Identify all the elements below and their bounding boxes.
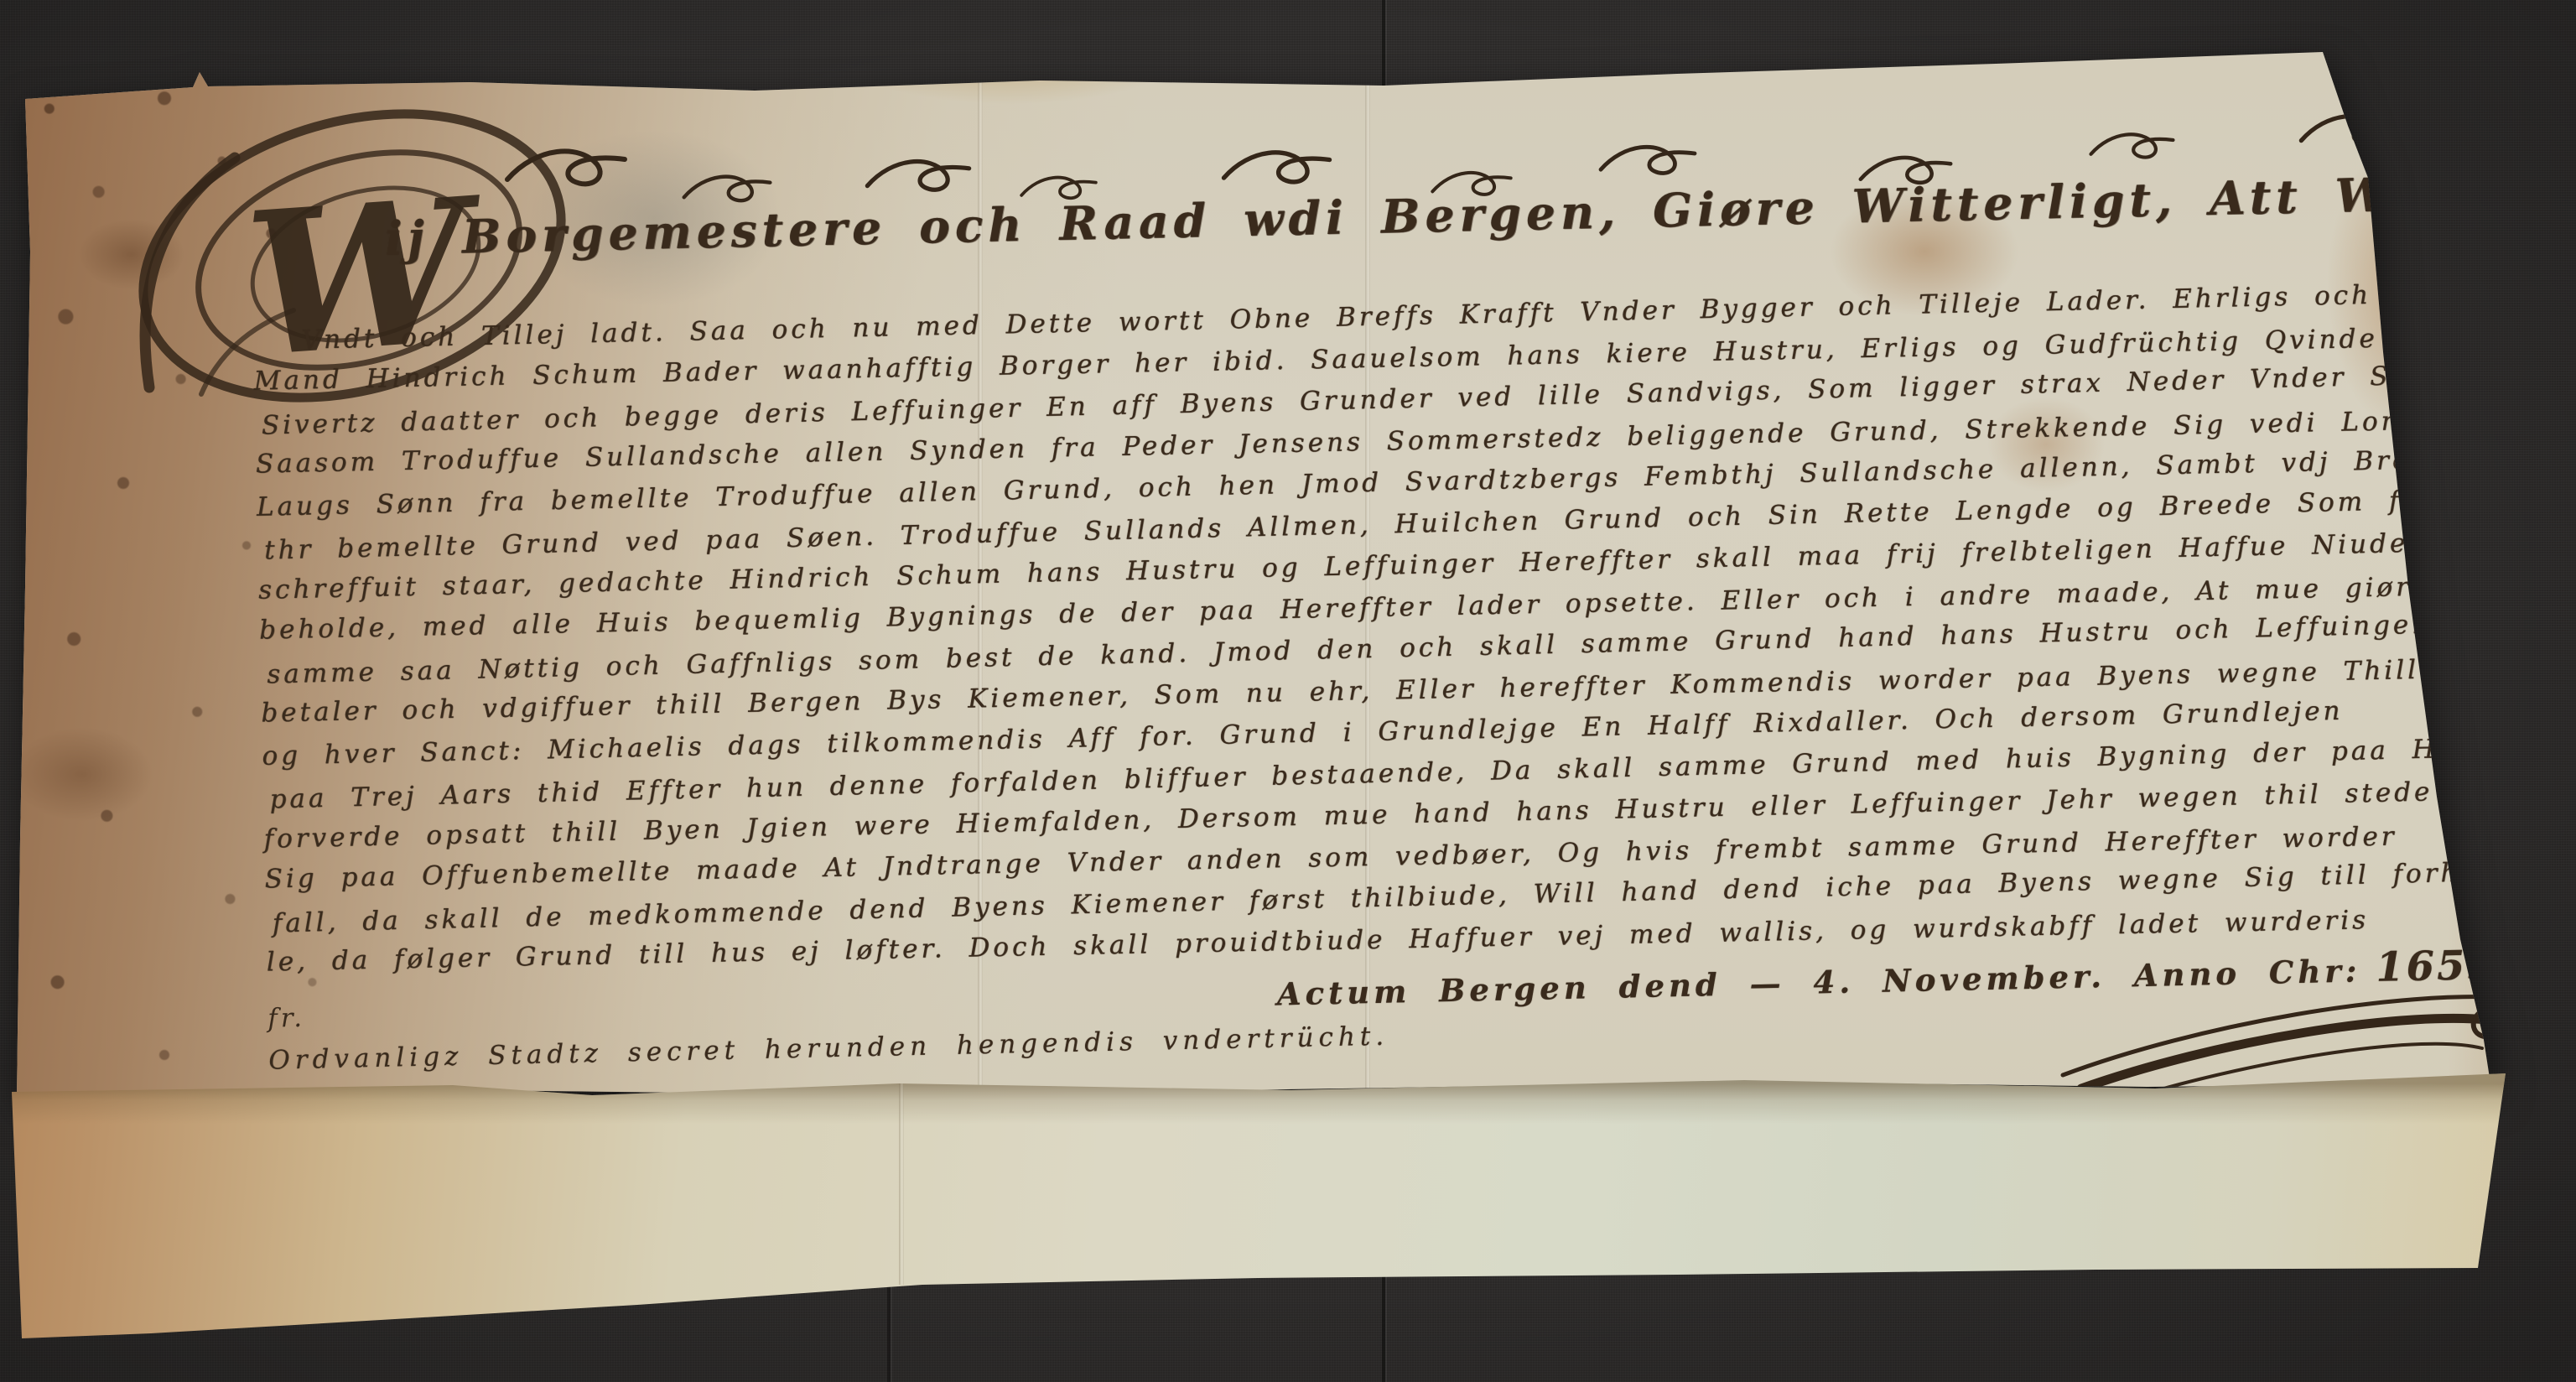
ink-swash-flourish — [503, 143, 629, 193]
charter-heading-line: ij Borgemestere och Raad wdi Bergen, Giø… — [384, 151, 2465, 280]
dateline-prefix: fr. — [267, 1003, 306, 1034]
ink-swash-flourish — [2298, 107, 2407, 153]
plica-crease — [899, 1083, 904, 1285]
year-1655: 1655. — [2376, 941, 2515, 991]
manuscript-body: Vndt och Tillej ladt. Saa och nu med Det… — [252, 273, 2480, 985]
archival-photo-backdrop: W ij Borgemestere och Raad wdi Bergen, G… — [0, 0, 2576, 1382]
manuscript-text-block: ij Borgemestere och Raad wdi Bergen, Giø… — [250, 151, 2482, 1075]
